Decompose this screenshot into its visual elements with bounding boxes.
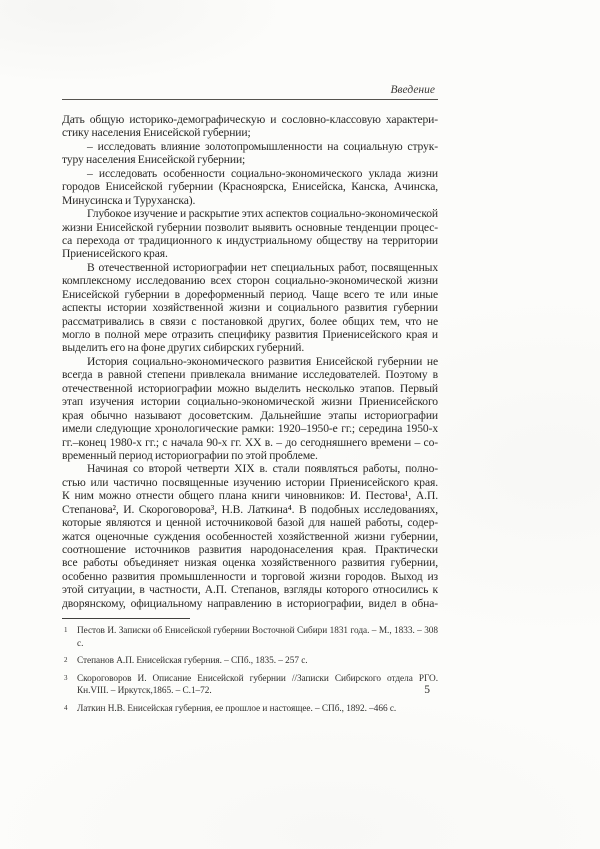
text-line: могло в полной мере отразить специфику р… — [62, 328, 438, 341]
text-line: Дать общую историко-демографическую и со… — [62, 113, 438, 126]
text-line: Приенисейского края. — [62, 247, 438, 260]
text-line: комплексному исследованию всех сторон со… — [62, 274, 438, 287]
footnote-text: Латкин Н.В. Енисейская губерния, ее прош… — [77, 703, 438, 715]
text-line: К ним можно отнести общего плана книги ч… — [62, 489, 438, 502]
paragraph: – исследовать особенности социально-экон… — [62, 167, 438, 207]
header-rule — [62, 99, 438, 100]
text-line: Степанова², И. Скороговорова³, Н.В. Латк… — [62, 503, 438, 516]
footnote-text: Пестов И. Записки об Енисейской губернии… — [77, 625, 438, 650]
running-header-title: Введение — [62, 84, 438, 97]
text-line: стику населения Енисейской губернии; — [62, 126, 438, 139]
text-line: Глубокое изучение и раскрытие этих аспек… — [62, 207, 438, 220]
text-line: особенно развития промышленности и торго… — [62, 570, 438, 583]
footnote-marker: 4 — [62, 702, 77, 714]
text-line: Енисейской губернии в дореформенный пери… — [62, 288, 438, 301]
footnote: 1Пестов И. Записки об Енисейской губерни… — [62, 625, 438, 650]
text-line: жизни Енисейской губернии позволит выяви… — [62, 221, 438, 234]
book-page: Введение Дать общую историко-демографиче… — [0, 0, 600, 849]
page-content: Введение Дать общую историко-демографиче… — [62, 84, 438, 720]
text-line: В отечественной историографии нет специа… — [62, 261, 438, 274]
text-line: туру населения Енисейской губернии; — [62, 153, 438, 166]
text-line: временный период историографии по этой п… — [62, 449, 438, 462]
text-line: этой ситуации, в частности, А.П. Степано… — [62, 583, 438, 596]
footnotes: 1Пестов И. Записки об Енисейской губерни… — [62, 625, 438, 715]
text-line: выделить его на фоне других сибирских гу… — [62, 341, 438, 354]
text-line: аспекты истории хозяйственной жизни и со… — [62, 301, 438, 314]
footnote-marker: 1 — [62, 624, 77, 649]
footnote-separator — [62, 618, 190, 619]
text-line: жатся оценочные суждения особенностей хо… — [62, 530, 438, 543]
page-number: 5 — [62, 684, 430, 696]
text-line: этап изучения истории социально-экономич… — [62, 395, 438, 408]
paragraph: – исследовать влияние золотопромышленнос… — [62, 140, 438, 167]
text-line: дворянскому, официальному направлению в … — [62, 597, 438, 610]
text-line: всегда в равной степени привлекала внима… — [62, 368, 438, 381]
text-line: рассматривались в связи с постановкой др… — [62, 315, 438, 328]
paragraph: История социально-экономического развити… — [62, 355, 438, 463]
footnote: 4Латкин Н.В. Енисейская губерния, ее про… — [62, 703, 438, 715]
text-line: городов Енисейской губернии (Красноярска… — [62, 180, 438, 193]
text-line: История социально-экономического развити… — [62, 355, 438, 368]
text-line: все работы объединяет низкая оценка хозя… — [62, 556, 438, 569]
body-text: Дать общую историко-демографическую и со… — [62, 113, 438, 610]
footnote-marker: 2 — [62, 654, 77, 666]
paragraph: Глубокое изучение и раскрытие этих аспек… — [62, 207, 438, 261]
text-line: Начиная со второй четверти XIX в. стали … — [62, 462, 438, 475]
footnote-text: Степанов А.П. Енисейская губерния. – СПб… — [77, 655, 438, 667]
text-line: которые являются и ценной источниковой б… — [62, 516, 438, 529]
text-line: края обычно называют досоветским. Дальне… — [62, 409, 438, 422]
text-line: – исследовать влияние золотопромышленнос… — [62, 140, 438, 153]
footnote: 2Степанов А.П. Енисейская губерния. – СП… — [62, 655, 438, 667]
paragraph: В отечественной историографии нет специа… — [62, 261, 438, 355]
text-line: соотношение источников развития народона… — [62, 543, 438, 556]
text-line: имели следующие хронологические рамки: 1… — [62, 422, 438, 435]
text-line: стью или частично посвященные изучению и… — [62, 476, 438, 489]
paragraph: Начиная со второй четверти XIX в. стали … — [62, 462, 438, 610]
text-line: са перехода от традиционного к индустриа… — [62, 234, 438, 247]
paragraph: Дать общую историко-демографическую и со… — [62, 113, 438, 140]
text-line: Минусинска и Туруханска). — [62, 194, 438, 207]
text-line: – исследовать особенности социально-экон… — [62, 167, 438, 180]
text-line: отечественной историографии можно выдели… — [62, 382, 438, 395]
text-line: гг.–конец 1980-х гг.; с начала 90-х гг. … — [62, 436, 438, 449]
